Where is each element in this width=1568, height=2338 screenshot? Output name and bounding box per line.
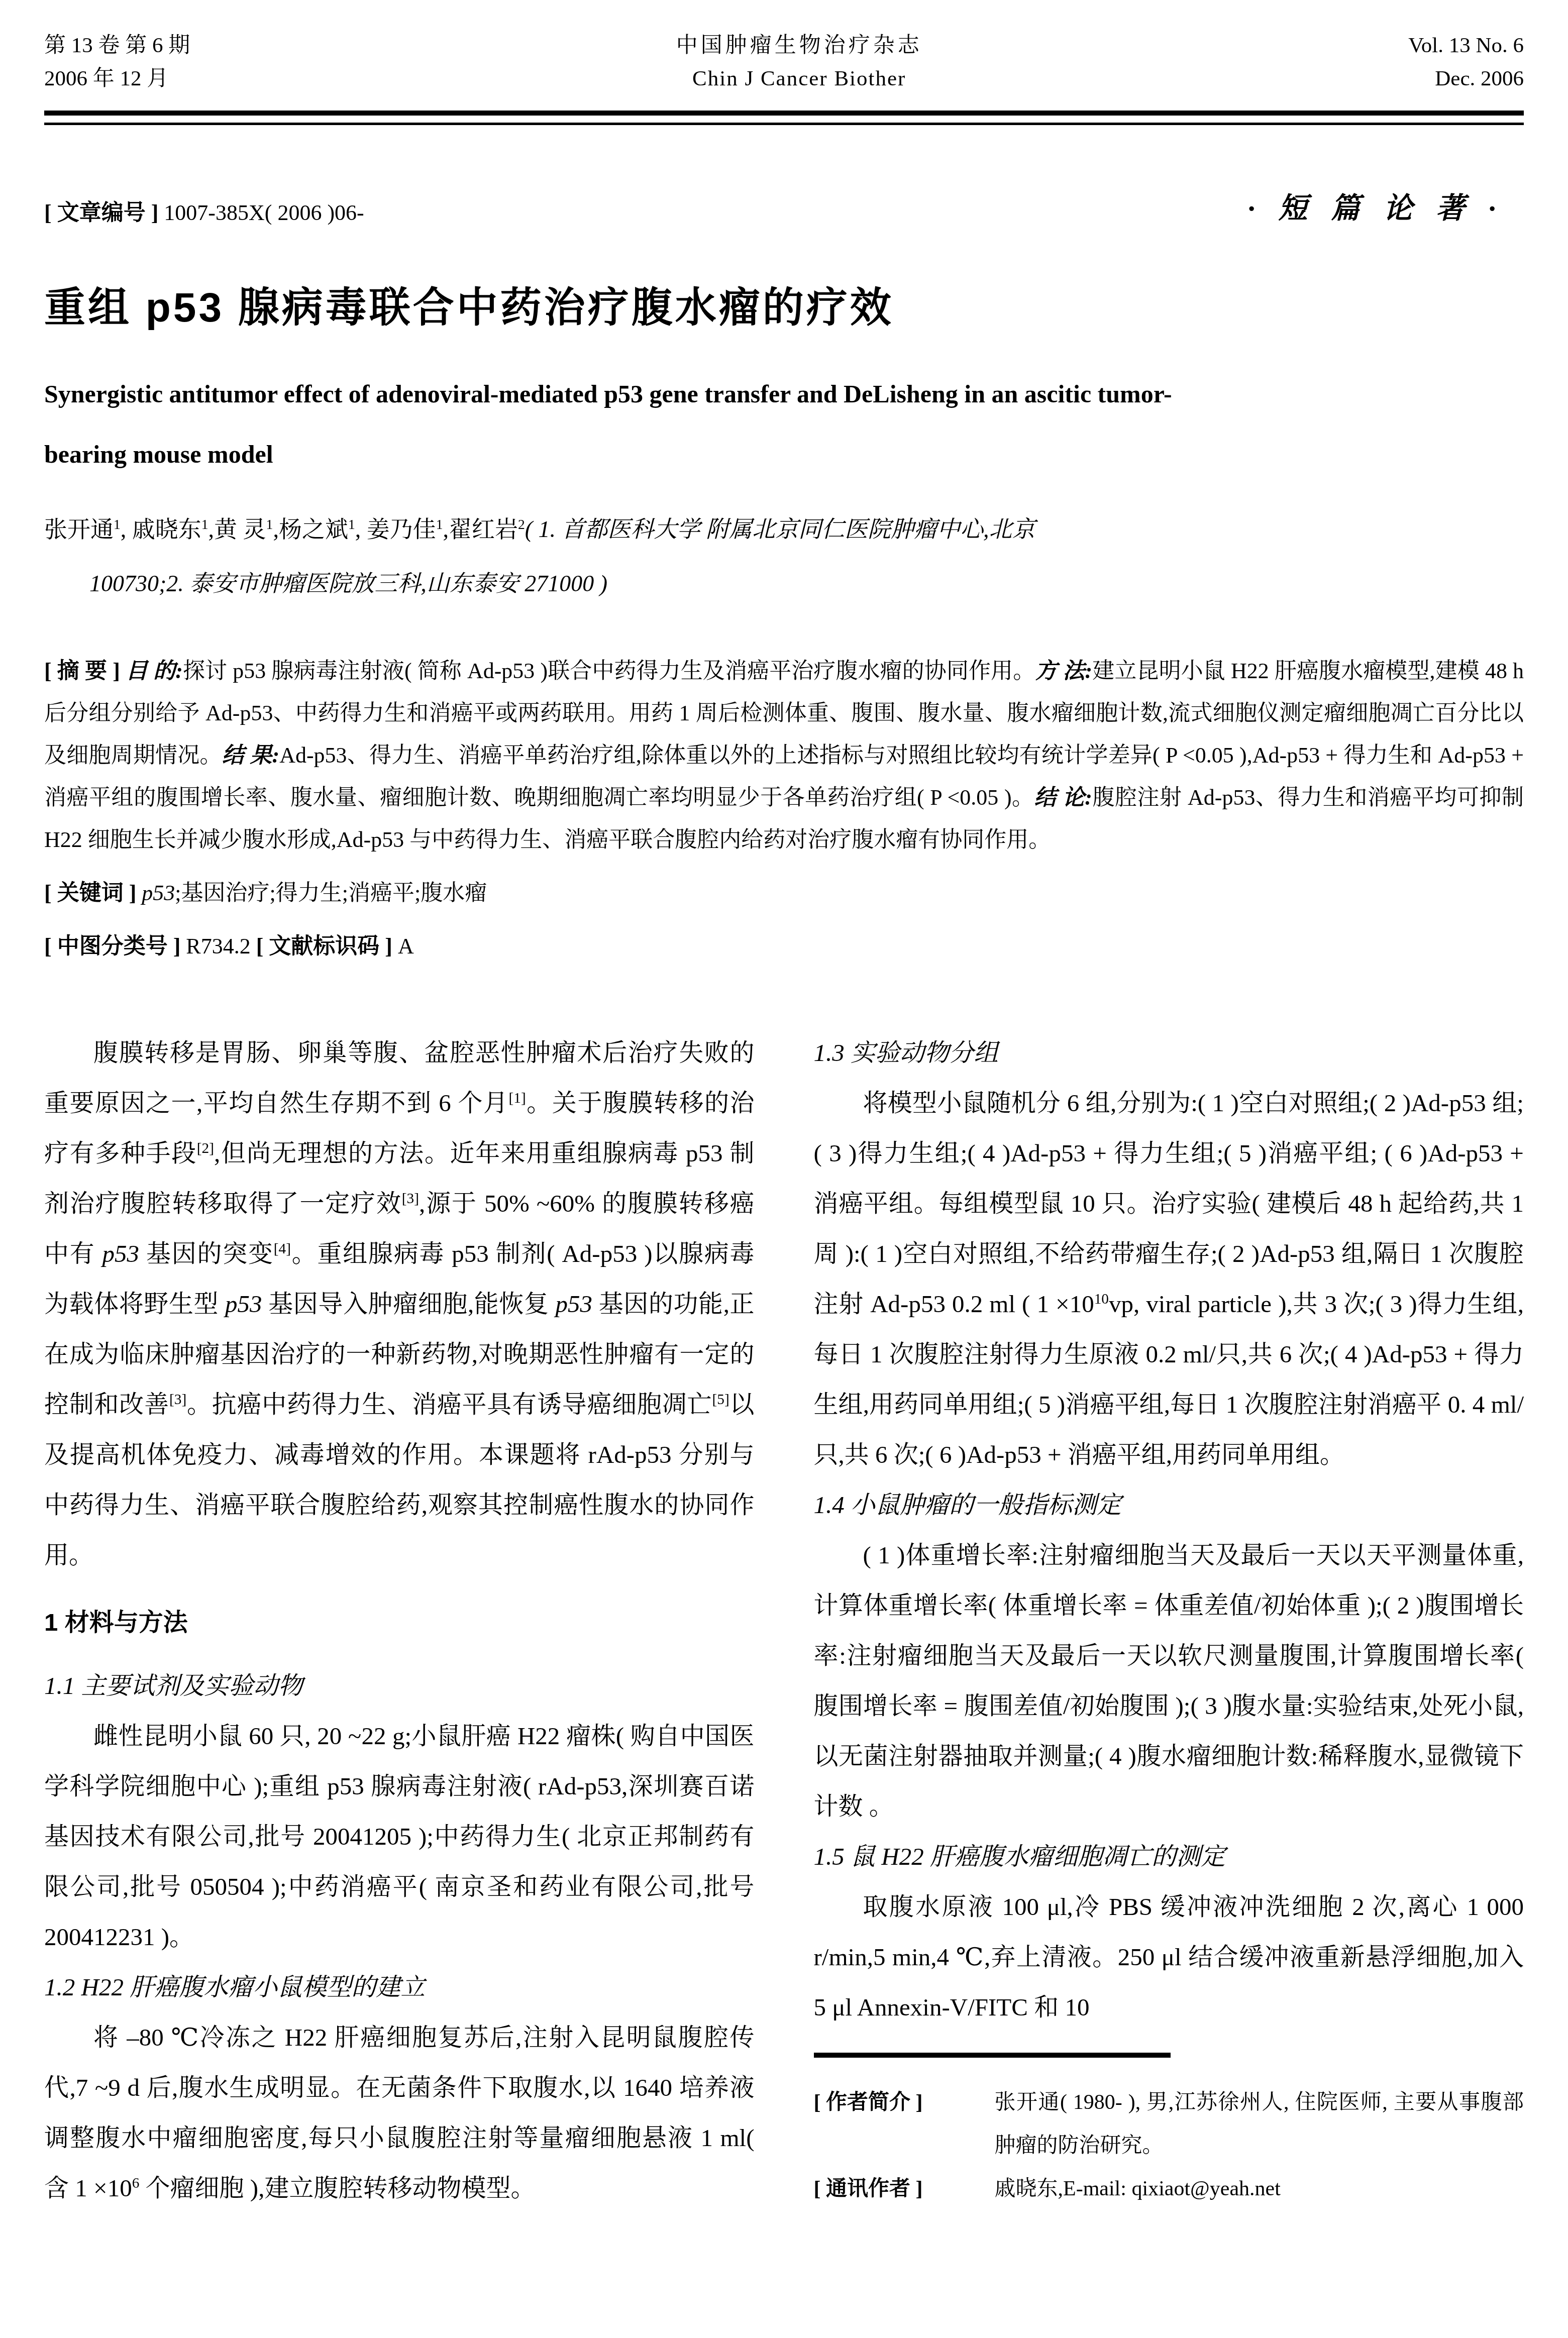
text-run: 2 xyxy=(518,516,525,532)
footnote-label: [ 作者简介 ] xyxy=(814,2081,995,2167)
text-run: 1 xyxy=(114,516,121,532)
journal-title-en: Chin J Cancer Biother xyxy=(676,62,922,95)
text-run: 基因导入肿瘤细胞,能恢复 xyxy=(262,1290,555,1318)
paragraph: 雌性昆明小鼠 60 只, 20 ~22 g;小鼠肝癌 H22 瘤株( 购自中国医… xyxy=(44,1711,755,1962)
footnote-item: [ 通讯作者 ]戚晓东,E-mail: qixiaot@yeah.net xyxy=(814,2167,1524,2210)
text-run: 1 xyxy=(436,516,443,532)
footnote-items: [ 作者简介 ]张开通( 1980- ), 男,江苏徐州人, 住院医师, 主要从… xyxy=(814,2081,1524,2210)
journal-header: 第 13 卷 第 6 期 2006 年 12 月 中国肿瘤生物治疗杂志 Chin… xyxy=(44,29,1524,95)
header-journal-title: 中国肿瘤生物治疗杂志 Chin J Cancer Biother xyxy=(676,29,922,95)
text-run: [ 中图分类号 ] xyxy=(44,934,186,959)
text-run: 探讨 p53 腺病毒注射液( 简称 Ad-p53 )联合中药得力生及消癌平治疗腹… xyxy=(183,659,1035,683)
article-title-en-line1: Synergistic antitumor effect of adenovir… xyxy=(44,364,1524,424)
clc-and-doccode: [ 中图分类号 ] R734.2 [ 文献标识码 ] A xyxy=(44,925,1524,968)
authors-line1: 张开通1, 戚晓东1,黄 灵1,杨之斌1, 姜乃佳1,翟红岩2( 1. 首都医科… xyxy=(44,502,1524,557)
text-run: 方 法: xyxy=(1035,659,1092,683)
text-run: 1 xyxy=(348,516,355,532)
text-run: , 姜乃佳 xyxy=(355,516,436,542)
body-column-left: 腹膜转移是胃肠、卵巢等腹、盆腔恶性肿瘤术后治疗失败的重要原因之一,平均自然生存期… xyxy=(44,1028,755,2213)
text-run: ,杨之斌 xyxy=(273,516,348,542)
text-run: [ 关键词 ] xyxy=(44,881,142,905)
text-run: 1.1 主要试剂及实验动物 xyxy=(44,1672,303,1699)
text-run: 取腹水原液 100 μl,冷 PBS 缓冲液冲洗细胞 2 次,离心 1 000 … xyxy=(814,1893,1524,2021)
text-run: 1.4 小鼠肿瘤的一般指标测定 xyxy=(814,1491,1122,1519)
article-number: [ 文章编号 ] 1007-385X( 2006 )06- xyxy=(44,194,364,227)
text-run: 100730;2. 泰安市肿瘤医院放三科,山东泰安 271000 ) xyxy=(89,571,607,596)
article-number-label: [ 文章编号 ] xyxy=(44,200,158,225)
text-run: [ 摘 要 ] xyxy=(44,659,126,683)
footnote-label: [ 通讯作者 ] xyxy=(814,2167,995,2210)
text-run: [4] xyxy=(274,1241,291,1257)
text-run: [1] xyxy=(509,1090,526,1106)
text-run: R734.2 xyxy=(186,934,250,959)
text-run: [3] xyxy=(402,1191,419,1207)
paragraph: 将 –80 ℃冷冻之 H22 肝癌细胞复苏后,注射入昆明鼠腹腔传代,7 ~9 d… xyxy=(44,2012,755,2213)
text-run: 目 的: xyxy=(126,659,183,683)
text-run: [5] xyxy=(712,1392,729,1408)
date-en: Dec. 2006 xyxy=(1408,62,1524,95)
keywords: [ 关键词 ] p53;基因治疗;得力生;消癌平;腹水瘤 xyxy=(44,872,1524,914)
text-run: ,黄 灵 xyxy=(208,516,266,542)
abstract: [ 摘 要 ] 目 的:探讨 p53 腺病毒注射液( 简称 Ad-p53 )联合… xyxy=(44,650,1524,861)
text-run: 1.2 H22 肝癌腹水瘤小鼠模型的建立 xyxy=(44,1973,425,2001)
text-run xyxy=(251,934,256,959)
section-heading: 1.3 实验动物分组 xyxy=(814,1028,1524,1078)
text-run: 6 xyxy=(132,2175,140,2191)
text-run: [ 文献标识码 ] xyxy=(256,934,398,959)
text-run: 雌性昆明小鼠 60 只, 20 ~22 g;小鼠肝癌 H22 瘤株( 购自中国医… xyxy=(44,1722,755,1951)
article-number-value: 1007-385X( 2006 )06- xyxy=(158,200,364,225)
date-cn: 2006 年 12 月 xyxy=(44,62,190,95)
article-title-en-line2: bearing mouse model xyxy=(44,424,1524,484)
body-column-right: 1.3 实验动物分组将模型小鼠随机分 6 组,分别为:( 1 )空白对照组;( … xyxy=(814,1028,1524,2213)
paragraph: 取腹水原液 100 μl,冷 PBS 缓冲液冲洗细胞 2 次,离心 1 000 … xyxy=(814,1882,1524,2033)
authors-line2: 100730;2. 泰安市肿瘤医院放三科,山东泰安 271000 ) xyxy=(44,557,1524,611)
text-run: ;基因治疗;得力生;消癌平;腹水瘤 xyxy=(175,881,487,905)
text-run: 10 xyxy=(1094,1291,1109,1307)
meta-row: [ 文章编号 ] 1007-385X( 2006 )06- · 短 篇 论 著 … xyxy=(44,184,1524,227)
paragraph: 腹膜转移是胃肠、卵巢等腹、盆腔恶性肿瘤术后治疗失败的重要原因之一,平均自然生存期… xyxy=(44,1028,755,1580)
text-run: [2] xyxy=(197,1140,214,1156)
text-run: 1 xyxy=(201,516,208,532)
text-run: 结 果: xyxy=(222,743,279,768)
section-heading: 1.2 H22 肝癌腹水瘤小鼠模型的建立 xyxy=(44,1962,755,2012)
body-columns: 腹膜转移是胃肠、卵巢等腹、盆腔恶性肿瘤术后治疗失败的重要原因之一,平均自然生存期… xyxy=(44,1028,1524,2213)
header-volume-issue-cn: 第 13 卷 第 6 期 2006 年 12 月 xyxy=(44,29,190,95)
text-run: 1 xyxy=(266,516,273,532)
column-badge: · 短 篇 论 著 · xyxy=(1247,184,1524,227)
footnote-text: 戚晓东,E-mail: qixiaot@yeah.net xyxy=(995,2167,1524,2210)
text-run: p53 xyxy=(142,881,175,905)
paragraph: ( 1 )体重增长率:注射瘤细胞当天及最后一天以天平测量体重,计算体重增长率( … xyxy=(814,1530,1524,1832)
section-heading: 1 材料与方法 xyxy=(44,1598,755,1648)
text-run: A xyxy=(398,934,414,959)
section-heading: 1.4 小鼠肿瘤的一般指标测定 xyxy=(814,1480,1524,1530)
paragraph: 将模型小鼠随机分 6 组,分别为:( 1 )空白对照组;( 2 )Ad-p53 … xyxy=(814,1078,1524,1480)
text-run: 个瘤细胞 ),建立腹腔转移动物模型。 xyxy=(139,2174,535,2202)
journal-page: 第 13 卷 第 6 期 2006 年 12 月 中国肿瘤生物治疗杂志 Chin… xyxy=(0,0,1568,2338)
text-run: 1.3 实验动物分组 xyxy=(814,1039,999,1067)
text-run: 基因的突变 xyxy=(139,1240,274,1267)
text-run: , 戚晓东 xyxy=(121,516,201,542)
text-run: 结 论: xyxy=(1034,785,1092,810)
volume-issue-en: Vol. 13 No. 6 xyxy=(1408,29,1524,62)
journal-title-cn: 中国肿瘤生物治疗杂志 xyxy=(676,29,922,62)
article-title-cn: 重组 p53 腺病毒联合中药治疗腹水瘤的疗效 xyxy=(44,275,1524,334)
text-run: ,翟红岩 xyxy=(443,516,518,542)
volume-issue-cn: 第 13 卷 第 6 期 xyxy=(44,29,190,62)
text-run: 。抗癌中药得力生、消癌平具有诱导癌细胞凋亡 xyxy=(186,1391,712,1418)
text-run: 将模型小鼠随机分 6 组,分别为:( 1 )空白对照组;( 2 )Ad-p53 … xyxy=(814,1089,1524,1318)
footnote: [ 作者简介 ]张开通( 1980- ), 男,江苏徐州人, 住院医师, 主要从… xyxy=(814,2053,1524,2210)
header-double-rule xyxy=(44,111,1524,125)
text-run: 1 材料与方法 xyxy=(44,1609,188,1636)
text-run: 1.5 鼠 H22 肝癌腹水瘤细胞凋亡的测定 xyxy=(814,1843,1225,1870)
footnote-rule xyxy=(814,2053,1171,2058)
text-run: ( 1 )体重增长率:注射瘤细胞当天及最后一天以天平测量体重,计算体重增长率( … xyxy=(814,1541,1524,1820)
footnote-item: [ 作者简介 ]张开通( 1980- ), 男,江苏徐州人, 住院医师, 主要从… xyxy=(814,2081,1524,2167)
article-title-en: Synergistic antitumor effect of adenovir… xyxy=(44,364,1524,484)
text-run: ( 1. 首都医科大学 附属北京同仁医院肿瘤中心,北京 xyxy=(525,516,1035,542)
text-run: p53 xyxy=(555,1290,592,1318)
text-run: p53 xyxy=(102,1240,139,1267)
footnote-text: 张开通( 1980- ), 男,江苏徐州人, 住院医师, 主要从事腹部肿瘤的防治… xyxy=(995,2081,1524,2167)
section-heading: 1.1 主要试剂及实验动物 xyxy=(44,1661,755,1711)
authors-affiliations: 张开通1, 戚晓东1,黄 灵1,杨之斌1, 姜乃佳1,翟红岩2( 1. 首都医科… xyxy=(44,502,1524,611)
header-volume-issue-en: Vol. 13 No. 6 Dec. 2006 xyxy=(1408,29,1524,95)
text-run: [3] xyxy=(169,1392,186,1408)
text-run: 张开通 xyxy=(44,516,114,542)
section-heading: 1.5 鼠 H22 肝癌腹水瘤细胞凋亡的测定 xyxy=(814,1832,1524,1882)
text-run: p53 xyxy=(225,1290,262,1318)
body-column-right-text: 1.3 实验动物分组将模型小鼠随机分 6 组,分别为:( 1 )空白对照组;( … xyxy=(814,1028,1524,2033)
